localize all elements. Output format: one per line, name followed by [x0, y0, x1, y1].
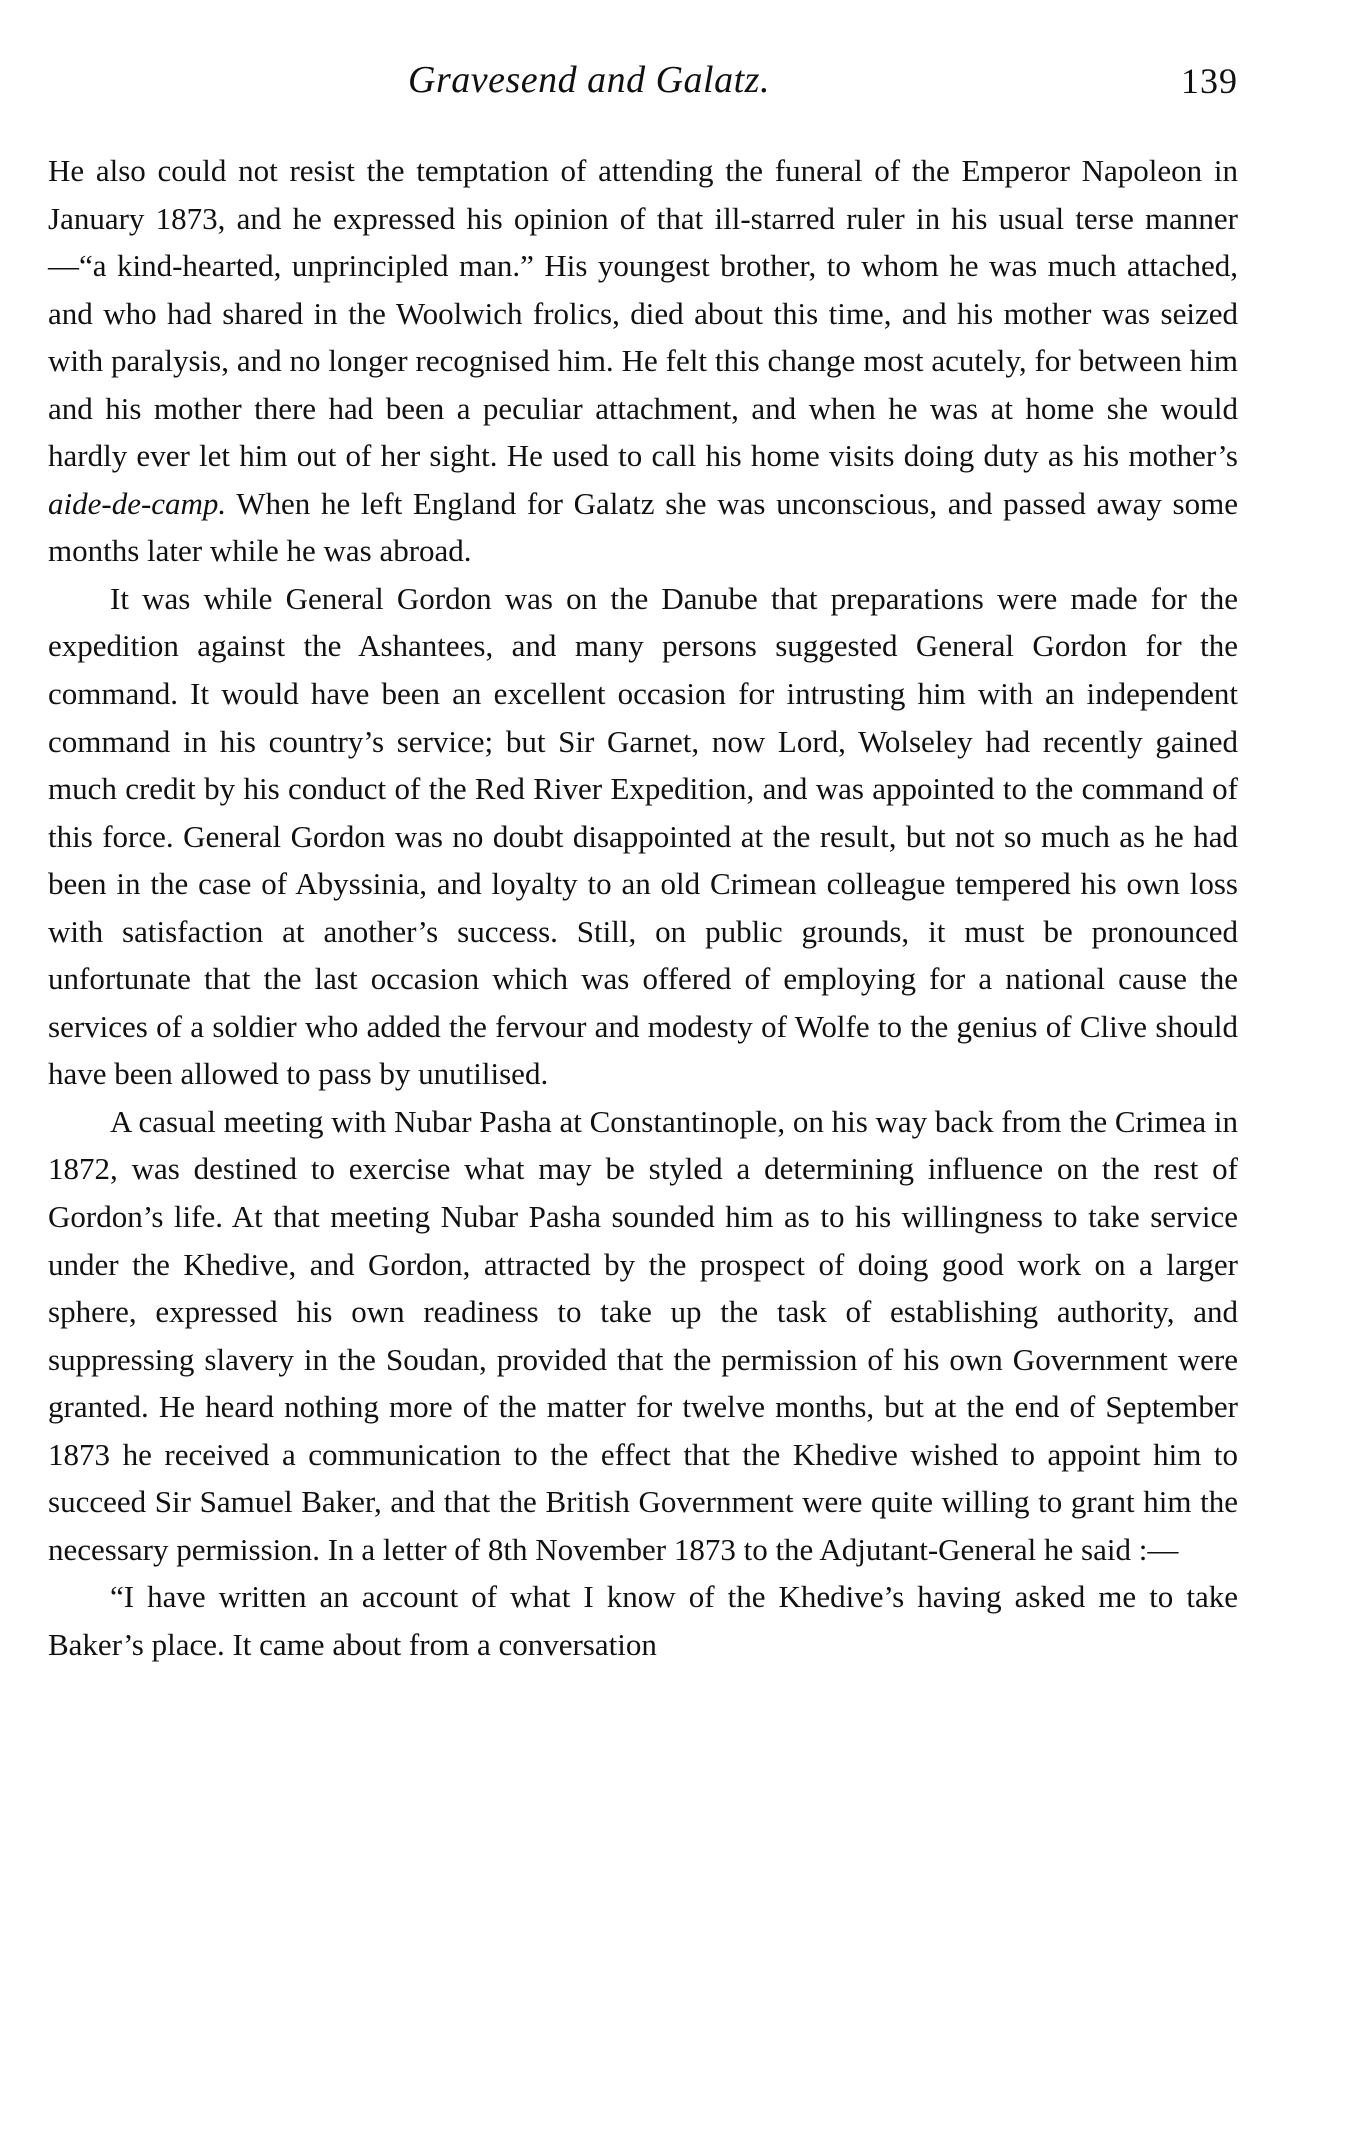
italic-phrase: aide-de-camp. [48, 486, 226, 521]
paragraph-nubar-pasha: A casual meeting with Nubar Pasha at Con… [48, 1098, 1238, 1573]
running-head: Gravesend and Galatz. 139 [48, 58, 1238, 110]
paragraph-text: He also could not resist the temptation … [48, 153, 1238, 473]
paragraph-funeral-napoleon: He also could not resist the temptation … [48, 147, 1238, 575]
chapter-running-title: Gravesend and Galatz. [408, 58, 770, 102]
body-text: He also could not resist the temptation … [48, 147, 1238, 1669]
page-number: 139 [1181, 60, 1238, 102]
paragraph-ashantee-expedition: It was while General Gordon was on the D… [48, 575, 1238, 1098]
paragraph-quoted-letter: “I have written an account of what I kno… [48, 1573, 1238, 1668]
paragraph-text: When he left England for Galatz she was … [48, 486, 1238, 569]
